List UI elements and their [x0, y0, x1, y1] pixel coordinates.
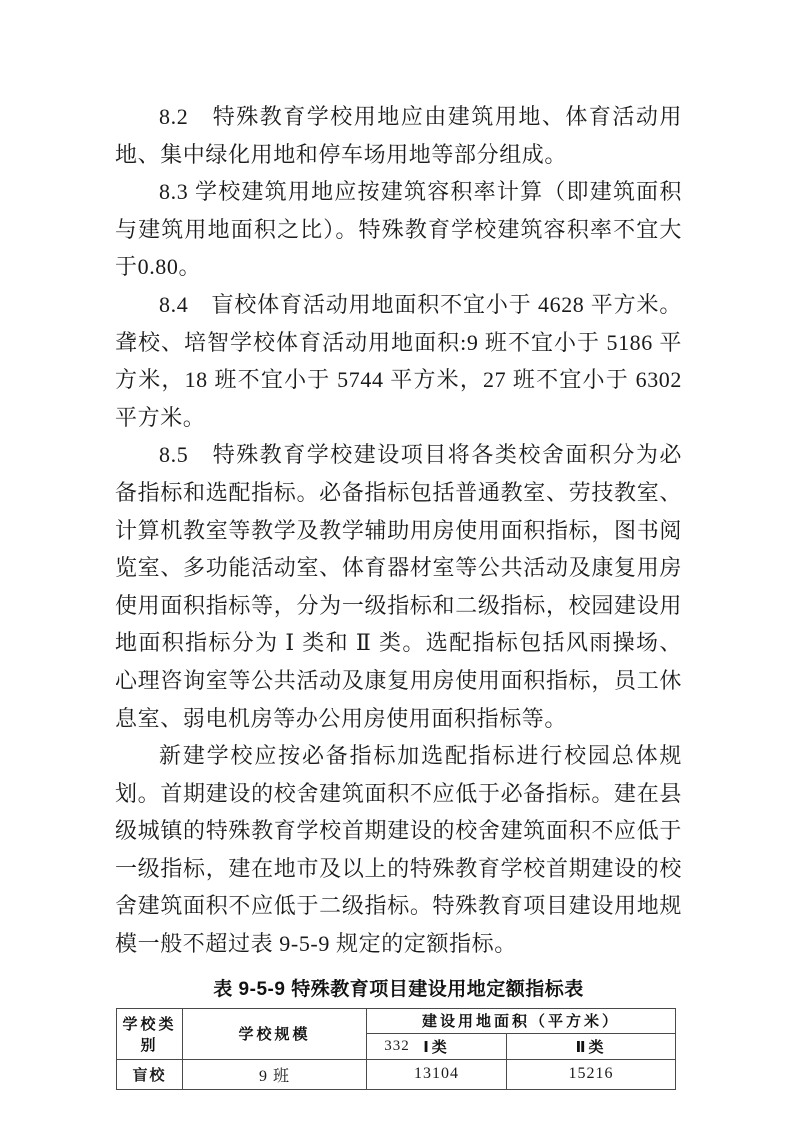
- cell-school-type: 盲校: [117, 1059, 183, 1089]
- header-land-area-group: 建设用地面积（平方米）: [367, 1008, 676, 1033]
- cell-class-1-value: 13104: [367, 1059, 507, 1089]
- paragraph-8-2: 8.2 特殊教育学校用地应由建筑用地、体育活动用地、集中绿化用地和停车场用地等部…: [115, 98, 682, 173]
- paragraph-new-school-planning: 新建学校应按必备指标加选配指标进行校园总体规划。首期建设的校舍建筑面积不应低于必…: [115, 737, 682, 963]
- page-number: 332: [384, 1038, 410, 1054]
- document-page: 8.2 特殊教育学校用地应由建筑用地、体育活动用地、集中绿化用地和停车场用地等部…: [0, 0, 794, 1122]
- table-row-blind-school: 盲校 9 班 13104 15216: [117, 1059, 676, 1089]
- paragraph-8-5: 8.5 特殊教育学校建设项目将各类校舍面积分为必备指标和选配指标。必备指标包括普…: [115, 436, 682, 737]
- paragraph-8-4: 8.4 盲校体育活动用地面积不宜小于 4628 平方米。聋校、培智学校体育活动用…: [115, 286, 682, 436]
- cell-school-scale: 9 班: [183, 1059, 367, 1089]
- paragraph-8-3: 8.3 学校建筑用地应按建筑容积率计算（即建筑面积与建筑用地面积之比）。特殊教育…: [115, 173, 682, 286]
- cell-class-2-value: 15216: [507, 1059, 676, 1089]
- page-footer: 332: [0, 1038, 794, 1055]
- page-content: 8.2 特殊教育学校用地应由建筑用地、体育活动用地、集中绿化用地和停车场用地等部…: [115, 98, 682, 1090]
- table-title: 表 9-5-9 特殊教育项目建设用地定额指标表: [115, 974, 682, 1001]
